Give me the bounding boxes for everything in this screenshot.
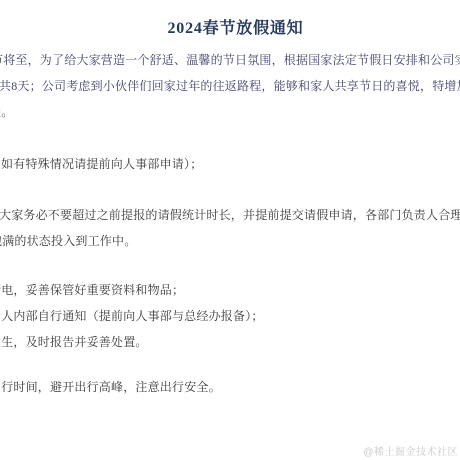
notice-line: 责人内部自行通知（提前向人事部与总经办报备）； [0, 310, 264, 323]
notice-line: 共8天；公司考虑到小伙伴们回家过年的往返路程，能够和家人共享节日的喜悦，特增加 [0, 80, 460, 93]
notice-line: 饱满的状态投入到工作中。 [0, 235, 136, 248]
notice-line: 大家务必不要超过之前提报的请假统计时长，并提前提交请假申请，各部门负责人合理 [0, 209, 460, 222]
notice-line: 断电，妥善保管好重要资料和物品； [0, 284, 184, 297]
holiday-notice-document: 2024春节放假通知 节将至，为了给大家营造一个舒适、温馨的节日氛围，根据国家法… [0, 0, 460, 460]
juejin-community-watermark: @稀土掘金技术社区 [363, 443, 458, 458]
notice-line: 节将至，为了给大家营造一个舒适、温馨的节日氛围，根据国家法定节假日安排和公司实 [0, 54, 460, 67]
notice-line: 发生，及时报告并妥善处置。 [0, 336, 148, 349]
notice-line: 如有特殊情况请提前向人事部申请）； [1, 158, 202, 171]
notice-title: 2024春节放假通知 [0, 15, 460, 38]
notice-line: 出行时间，避开出行高峰，注意出行安全。 [0, 381, 221, 394]
notice-line: 天。 [0, 106, 13, 119]
